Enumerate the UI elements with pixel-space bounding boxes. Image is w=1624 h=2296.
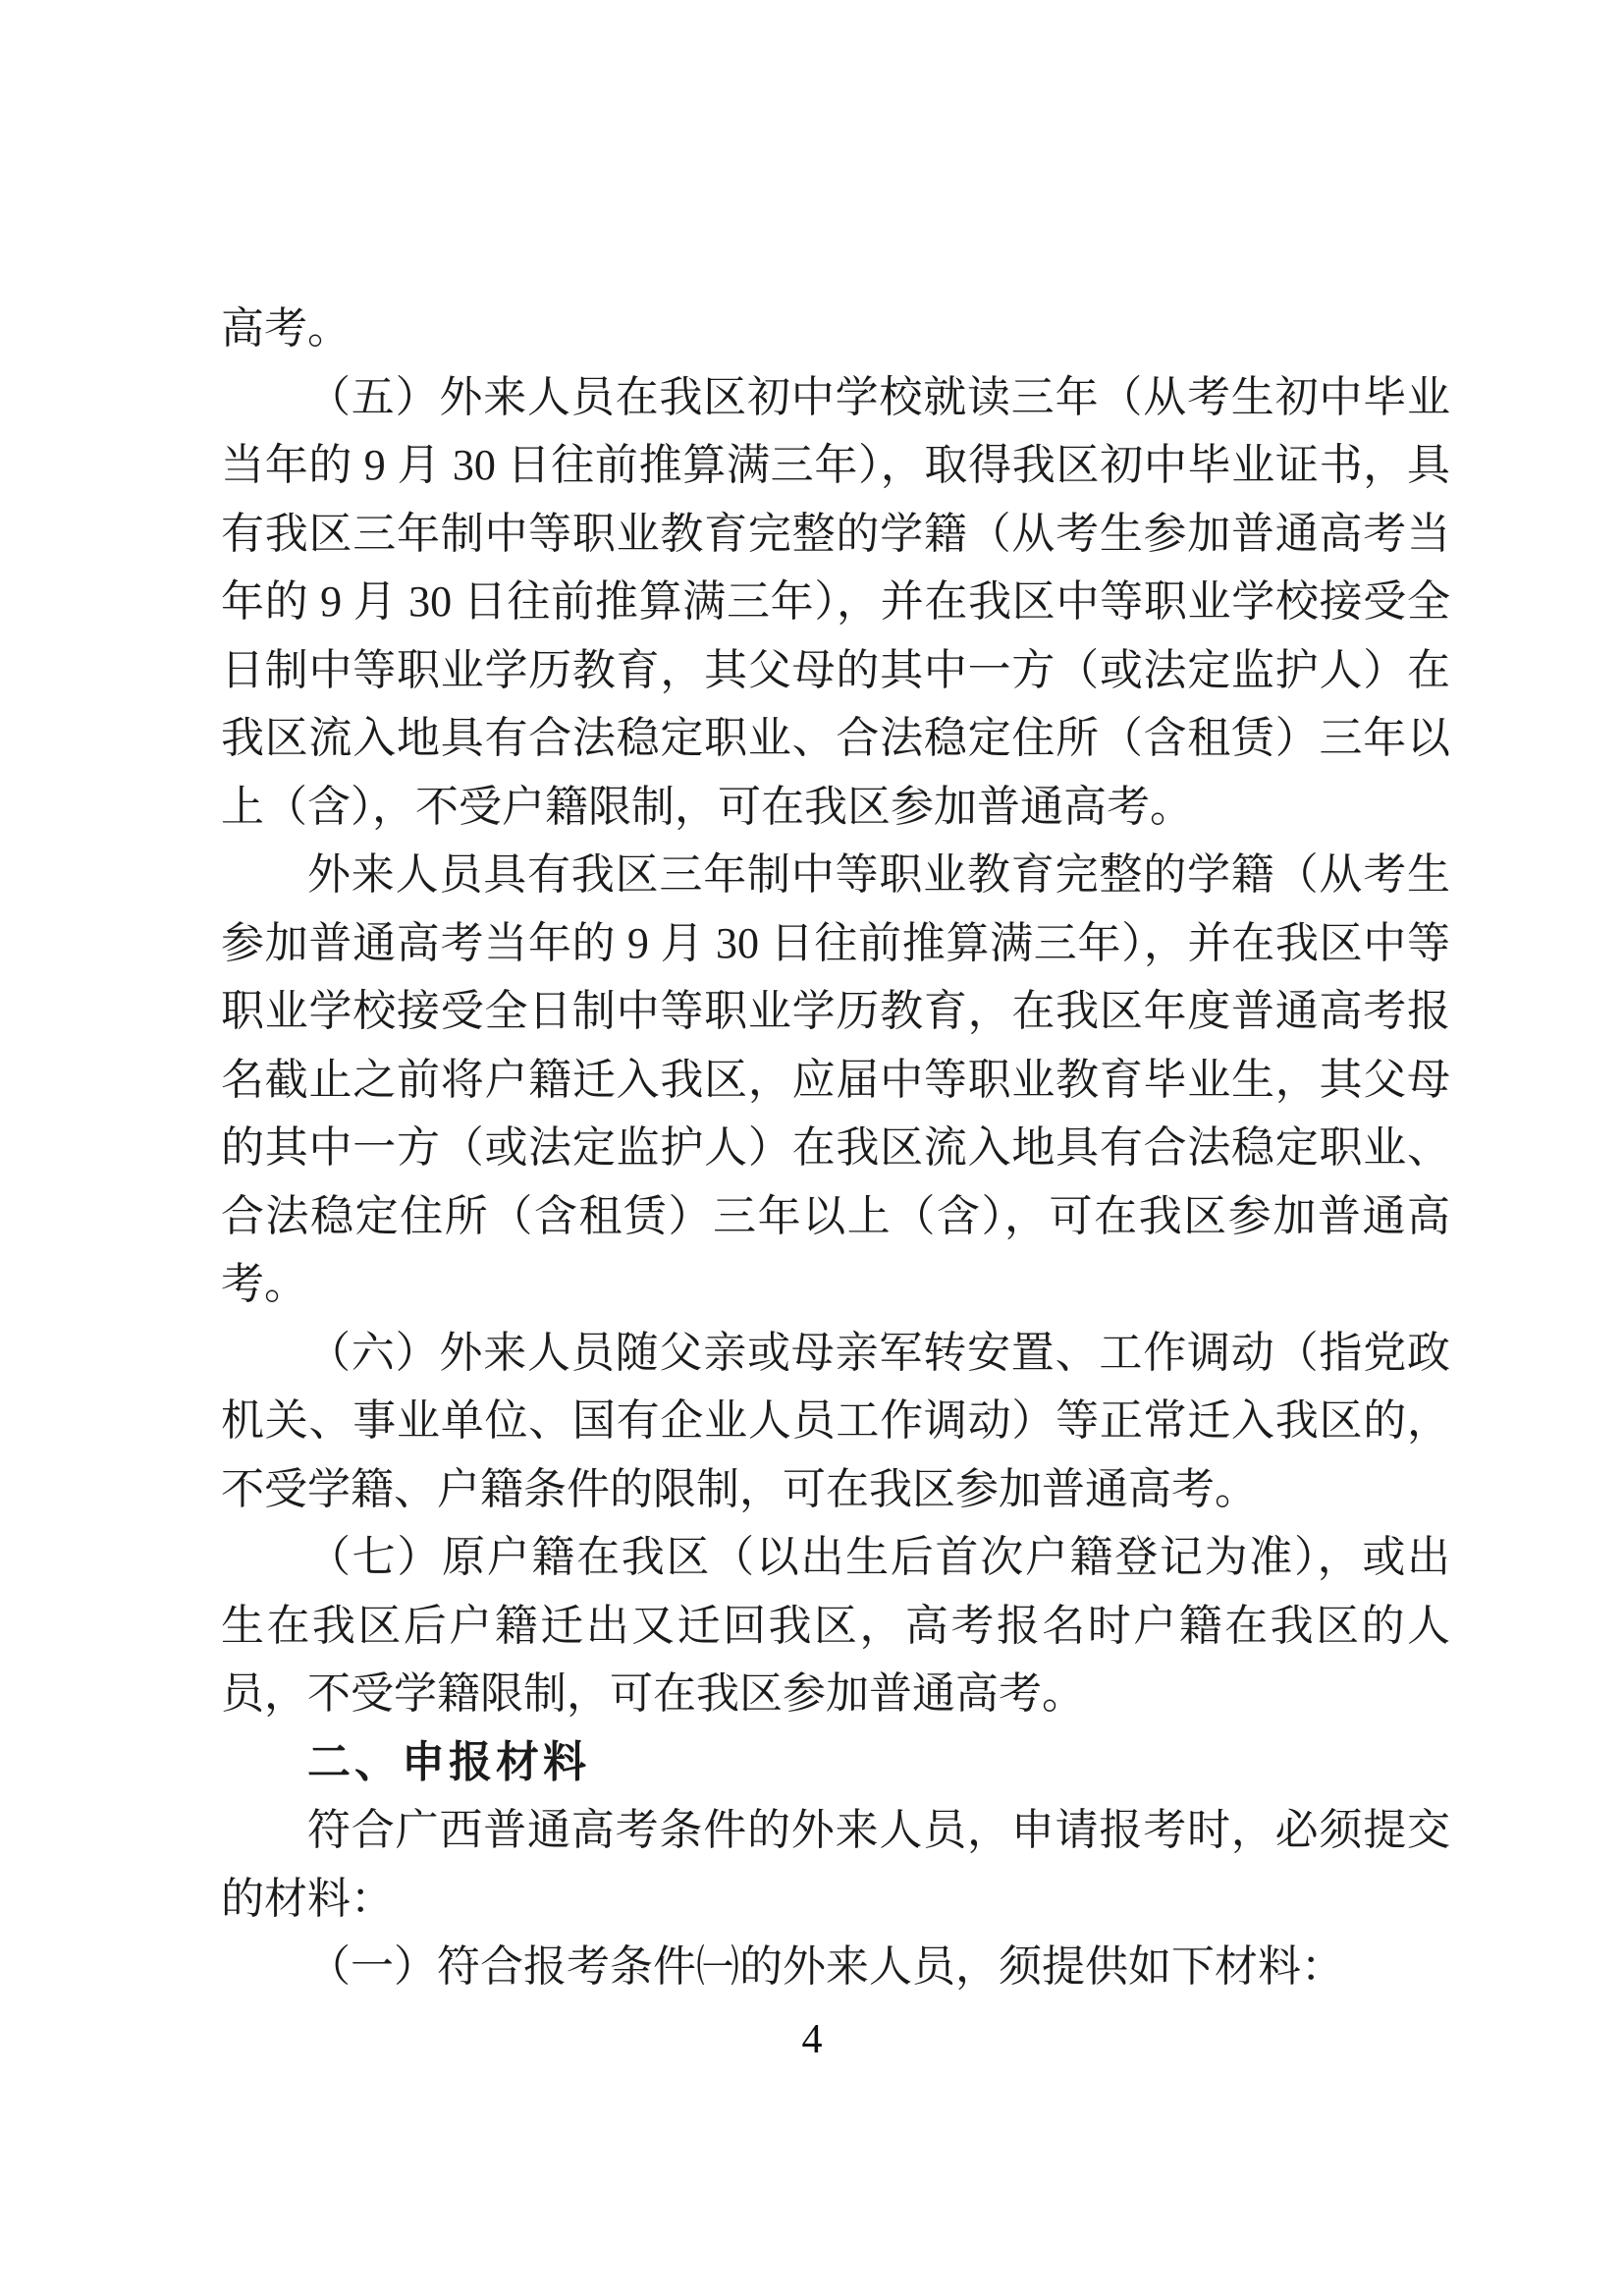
document-page: 高考。（五）外来人员在我区初中学校就读三年（从考生初中毕业当年的 9 月 30 …	[0, 0, 1624, 2296]
paragraph: （一）符合报考条件㈠的外来人员，须提供如下材料：	[221, 1933, 1450, 2001]
paragraph: 符合广西普通高考条件的外来人员，申请报考时，必须提交的材料：	[221, 1796, 1450, 1933]
section-heading: 二、申报材料	[221, 1728, 1450, 1797]
paragraph: （五）外来人员在我区初中学校就读三年（从考生初中毕业当年的 9 月 30 日往前…	[221, 363, 1450, 842]
page-number: 4	[0, 2016, 1624, 2063]
document-body: 高考。（五）外来人员在我区初中学校就读三年（从考生初中毕业当年的 9 月 30 …	[221, 295, 1450, 2001]
paragraph: （六）外来人员随父亲或母亲军转安置、工作调动（指党政机关、事业单位、国有企业人员…	[221, 1319, 1450, 1524]
paragraph: 高考。	[221, 295, 1450, 363]
paragraph: 外来人员具有我区三年制中等职业教育完整的学籍（从考生参加普通高考当年的 9 月 …	[221, 841, 1450, 1319]
paragraph: （七）原户籍在我区（以出生后首次户籍登记为准），或出生在我区后户籍迁出又迁回我区…	[221, 1523, 1450, 1728]
